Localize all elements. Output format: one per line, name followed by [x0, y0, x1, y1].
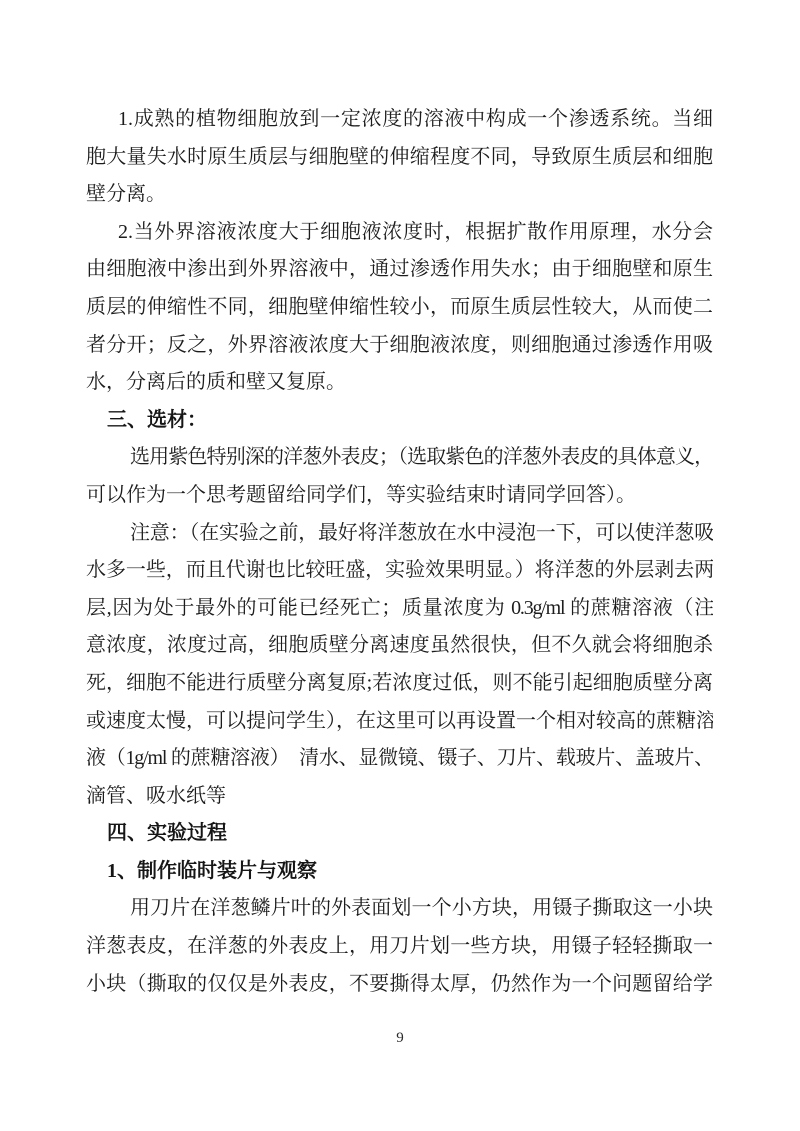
text-line: 或速度太慢，可以提问学生），在这里可以再设置一个相对较高的蔗糖溶 — [86, 703, 713, 741]
text-line: 意浓度，浓度过高，细胞质壁分离速度虽然很快，但不久就会将细胞杀 — [86, 627, 713, 665]
text-line: 水，分离后的质和壁又复原。 — [86, 364, 713, 402]
heading-materials: 三、选材： — [86, 402, 713, 440]
text-line: 液（1g/ml 的蔗糖溶液） 清水、显微镜、镊子、刀片、载玻片、盖玻片、 — [86, 740, 713, 778]
text-line: 质层的伸缩性不同，细胞壁伸缩性较小，而原生质层性较大，从而使二 — [86, 289, 713, 327]
heading-slide-preparation: 1、制作临时装片与观察 — [86, 853, 713, 891]
text-line: 水多一些，而且代谢也比较旺盛，实验效果明显。）将洋葱的外层剥去两 — [86, 552, 713, 590]
text-line: 小块（撕取的仅仅是外表皮，不要撕得太厚，仍然作为一个问题留给学 — [86, 966, 713, 1004]
text-line: 由细胞液中渗出到外界溶液中，通过渗透作用失水；由于细胞壁和原生 — [86, 251, 713, 289]
text-line: 2.当外界溶液浓度大于细胞液浓度时，根据扩散作用原理，水分会 — [86, 214, 713, 252]
text-line: 壁分离。 — [86, 176, 713, 214]
page-number: 9 — [396, 1030, 404, 1046]
text-line: 者分开；反之，外界溶液浓度大于细胞液浓度，则细胞通过渗透作用吸 — [86, 327, 713, 365]
text-line: 选用紫色特别深的洋葱外表皮；（选取紫色的洋葱外表皮的具体意义， — [86, 439, 713, 477]
document-page: 1.成熟的植物细胞放到一定浓度的溶液中构成一个渗透系统。当细 胞大量失水时原生质… — [0, 0, 800, 1131]
text-line: 可以作为一个思考题留给同学们，等实验结束时请同学回答）。 — [86, 477, 713, 515]
page-footer: 9 — [0, 1028, 800, 1048]
text-line: 1.成熟的植物细胞放到一定浓度的溶液中构成一个渗透系统。当细 — [86, 101, 713, 139]
page-content: 1.成熟的植物细胞放到一定浓度的溶液中构成一个渗透系统。当细 胞大量失水时原生质… — [86, 101, 713, 1003]
text-line: 洋葱表皮，在洋葱的外表皮上，用刀片划一些方块，用镊子轻轻撕取一 — [86, 928, 713, 966]
heading-experiment-process: 四、实验过程 — [86, 815, 713, 853]
text-line: 用刀片在洋葱鳞片叶的外表面划一个小方块，用镊子撕取这一小块 — [86, 890, 713, 928]
text-line: 胞大量失水时原生质层与细胞壁的伸缩程度不同，导致原生质层和细胞 — [86, 139, 713, 177]
text-line: 层,因为处于最外的可能已经死亡；质量浓度为 0.3g/ml 的蔗糖溶液（注 — [86, 590, 713, 628]
text-line: 注意：（在实验之前，最好将洋葱放在水中浸泡一下，可以使洋葱吸 — [86, 515, 713, 553]
text-line: 滴管、吸水纸等 — [86, 778, 713, 816]
text-line: 死，细胞不能进行质壁分离复原;若浓度过低，则不能引起细胞质壁分离 — [86, 665, 713, 703]
